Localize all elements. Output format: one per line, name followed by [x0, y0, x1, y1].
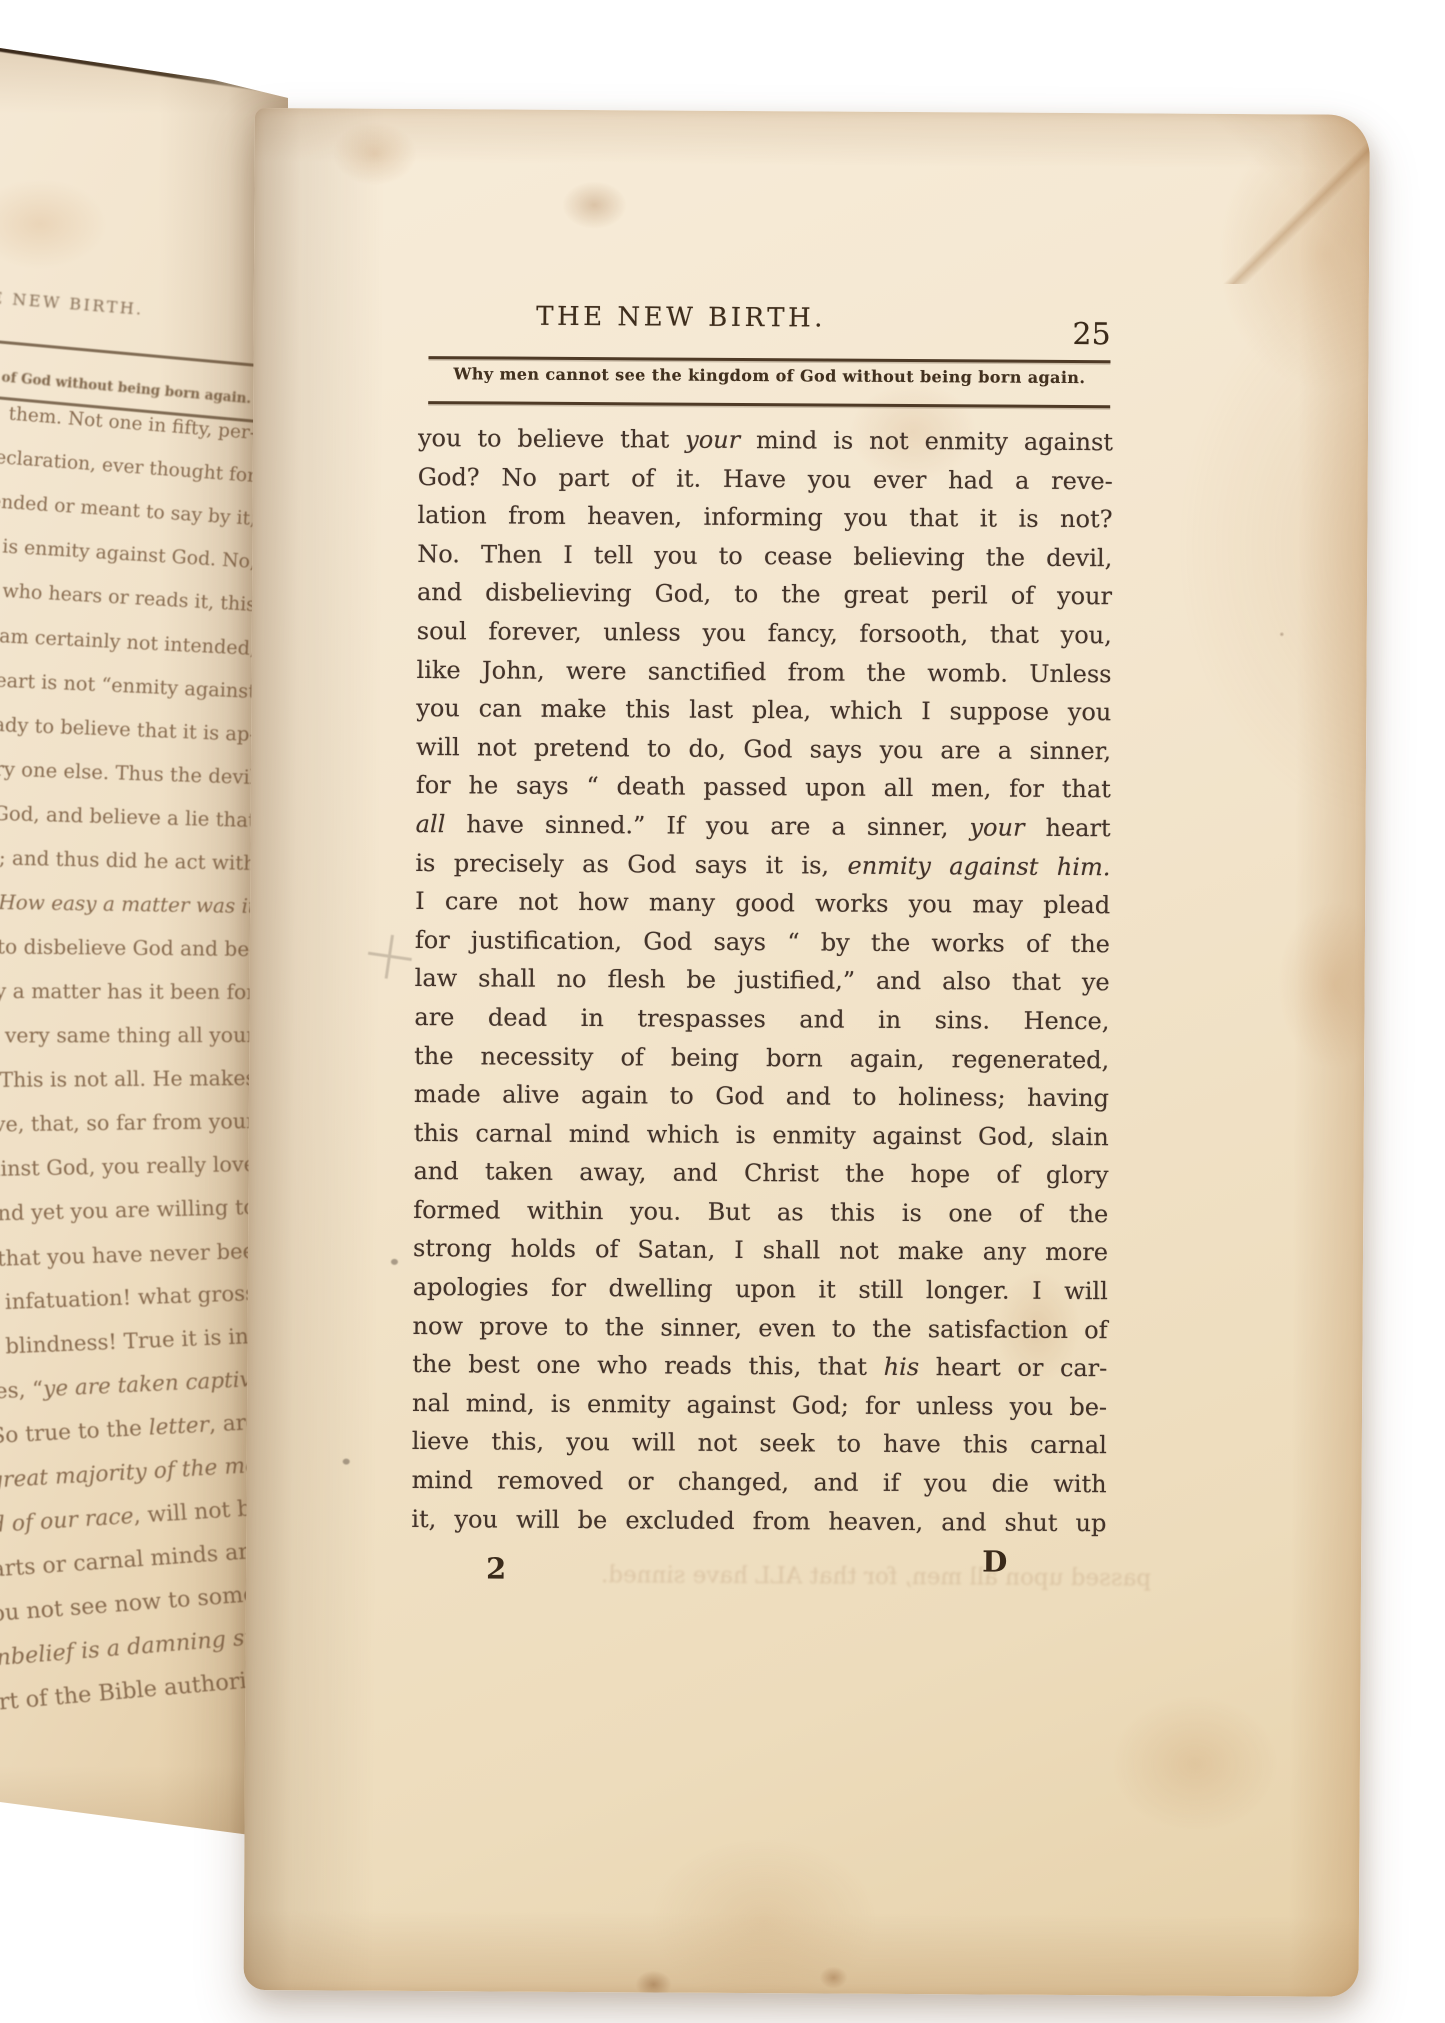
text-line: her to disbelieve God and be- [0, 925, 256, 971]
text-line: y against God, you really love [0, 1143, 256, 1192]
text-line: it, you will be excluded from heaven, an… [411, 1500, 1106, 1543]
text-line: lieve this, you will not seek to have th… [412, 1422, 1107, 1465]
text-line: the best one who reads this, that his he… [412, 1345, 1107, 1388]
pencil-cross-mark [365, 932, 415, 982]
text-line: and disbelieving God, to the great peril… [417, 573, 1112, 616]
running-head: THE NEW BIRTH. [429, 301, 934, 334]
text-line: believe, that, so far from your [0, 1100, 256, 1147]
page-header: THE NEW BIRTH. 25 [429, 301, 1111, 345]
text-line: made alive again to God and to holiness;… [414, 1075, 1109, 1118]
text-line: like John, were sanctified from the womb… [416, 651, 1111, 694]
text-line: do the very same thing all your [0, 1014, 256, 1057]
text-line: easy a matter has it been for [0, 970, 256, 1014]
headline-rule-bottom [428, 401, 1110, 408]
text-line: and taken away, and Christ the hope of g… [413, 1152, 1108, 1195]
bleed-through-text: passed upon all men, for that ALL have s… [526, 1562, 1226, 1592]
text-line: formed within you. But as this is one of… [413, 1191, 1108, 1234]
chapter-headline: Why men cannot see the kingdom of God wi… [428, 364, 1110, 387]
text-line: eve God, and believe a lie that [0, 790, 257, 842]
headline-rule-top [428, 356, 1110, 363]
book-photo: HE NEW BIRTH. ingdom of God without bein… [0, 0, 1445, 2023]
text-line: I care not how many good works you may p… [415, 882, 1110, 925]
text-line: ? This is not all. He makes [0, 1057, 256, 1102]
text-line: will not pretend to do, God says you are… [416, 728, 1111, 771]
left-page-text: them. Not one in fifty, per-declaration,… [0, 412, 256, 1702]
pencil-dot [391, 1259, 398, 1265]
text-line: all have sinned.” If you are a sinner, y… [416, 805, 1111, 848]
text-line: lation from heaven, informing you that i… [417, 496, 1112, 539]
text-line: for justification, God says “ by the wor… [415, 921, 1110, 964]
text-line: nal mind, is enmity against God; for unl… [412, 1384, 1107, 1427]
text-line: strong holds of Satan, I shall not make … [413, 1229, 1108, 1272]
text-line: are dead in trespasses and in sins. Henc… [414, 998, 1109, 1041]
text-line: the necessity of being born again, regen… [414, 1036, 1109, 1079]
text-line: is precisely as God says it is, enmity a… [415, 844, 1110, 887]
text-line: e. How easy a matter was it [0, 880, 256, 928]
text-line: ed; and thus did he act with [0, 835, 256, 885]
right-page: THE NEW BIRTH. 25 Why men cannot see the… [244, 108, 1370, 1997]
worn-corner [1199, 114, 1370, 285]
signature-letter: D [982, 1544, 1007, 1578]
text-line: soul forever, unless you fancy, forsooth… [417, 612, 1112, 655]
text-line: for he says “ death passed upon all men,… [416, 766, 1111, 809]
text-line: God? No part of it. Have you ever had a … [418, 458, 1113, 501]
text-line: No. Then I tell you to cease believing t… [417, 535, 1112, 578]
text-line: you can make this last plea, which I sup… [416, 689, 1111, 732]
page-number: 25 [1072, 317, 1110, 352]
text-line: mind removed or changed, and if you die … [412, 1461, 1107, 1504]
text-line: this carnal mind which is enmity against… [414, 1114, 1109, 1157]
text-line: law shall no flesh be justified,” and al… [415, 959, 1110, 1002]
left-page: HE NEW BIRTH. ingdom of God without bein… [0, 44, 288, 1856]
signature-number: 2 [486, 1551, 506, 1585]
pencil-dot [343, 1459, 350, 1465]
text-line: now prove to the sinner, even to the sat… [412, 1307, 1107, 1350]
text-line: you to believe that your mind is not enm… [418, 419, 1113, 462]
body-text: you to believe that your mind is not enm… [411, 419, 1113, 1542]
text-line: apologies for dwelling upon it still lon… [413, 1268, 1108, 1311]
